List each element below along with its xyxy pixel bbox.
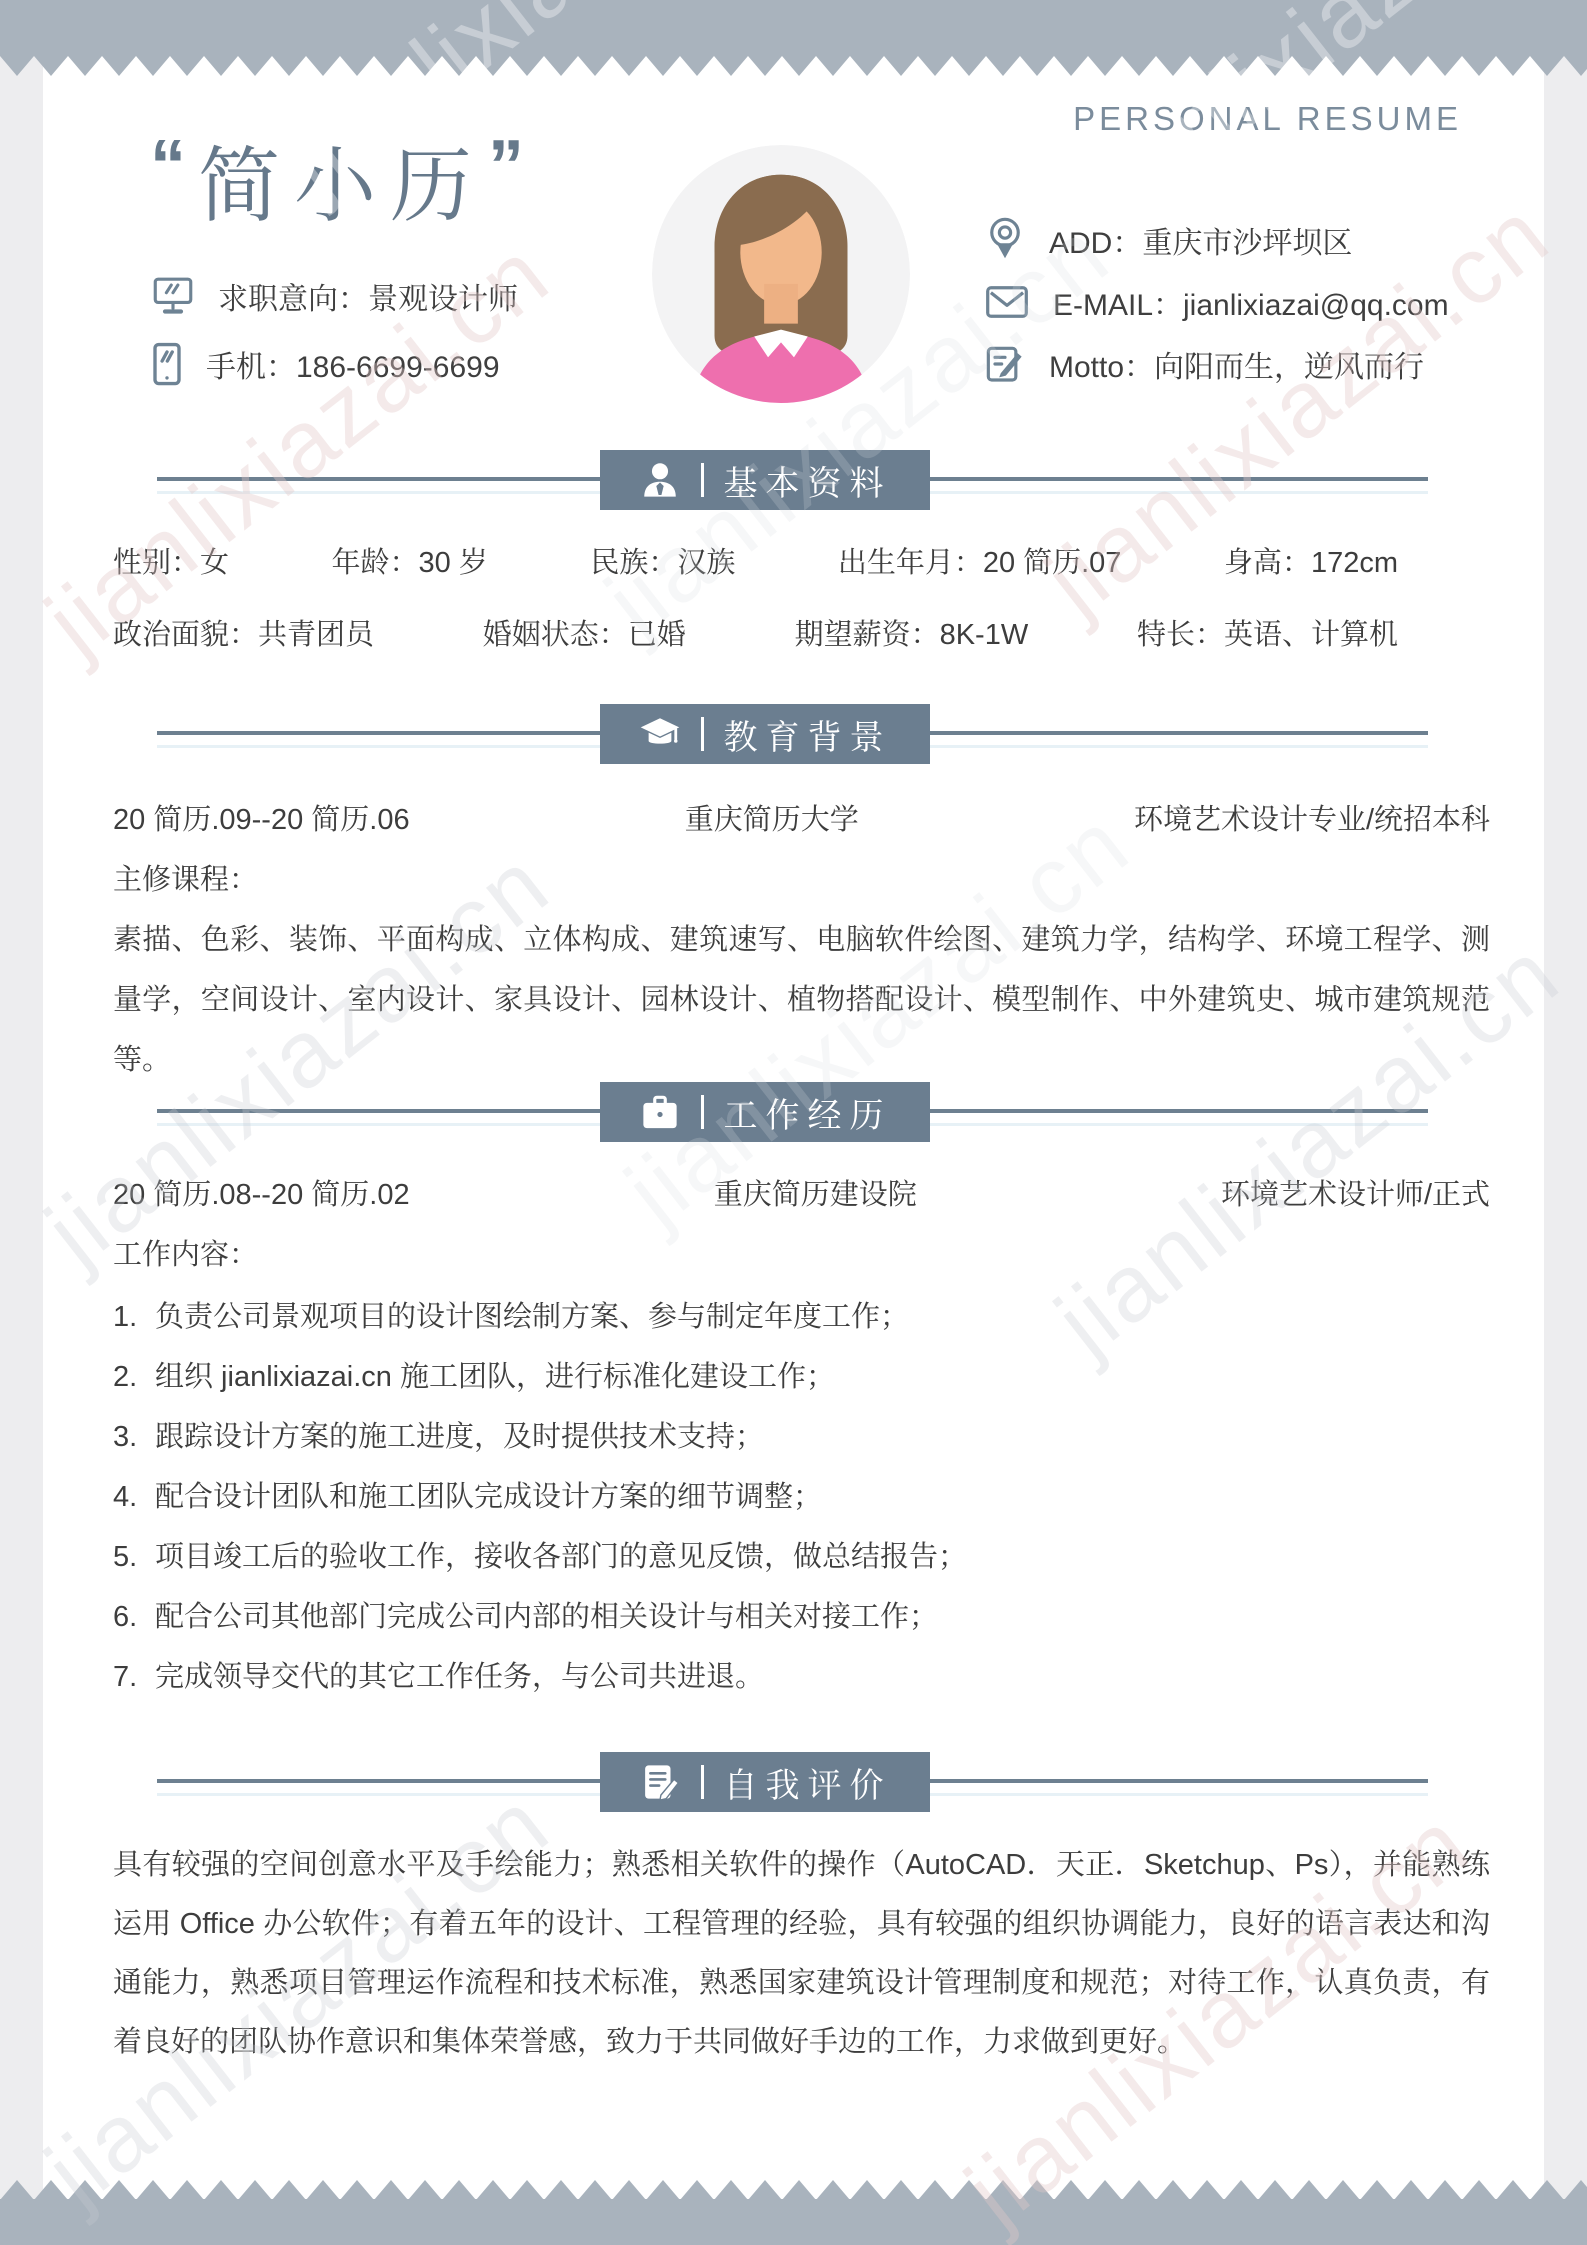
list-item-number: 2. bbox=[113, 1347, 155, 1407]
work-duties-list: 1. 负责公司景观项目的设计图绘制方案、参与制定年度工作； 2. 组织 jian… bbox=[113, 1287, 1490, 1707]
work-period: 20 简历.08--20 简历.02 bbox=[113, 1177, 410, 1213]
briefcase-icon bbox=[639, 1091, 681, 1133]
monitor-icon bbox=[152, 276, 194, 316]
motto-label: Motto：向阳而生，逆风而行 bbox=[1049, 342, 1424, 386]
badge-separator bbox=[701, 1095, 704, 1129]
education-major: 环境艺术设计专业/统招本科 bbox=[1134, 802, 1490, 838]
candidate-name: 简小历 bbox=[198, 142, 486, 232]
page-right-margin bbox=[1544, 0, 1587, 2245]
list-item-number: 6. bbox=[113, 1587, 155, 1647]
list-item-text: 完成领导交代的其它工作任务，与公司共进退。 bbox=[155, 1647, 764, 1707]
list-item-number: 7. bbox=[113, 1647, 155, 1707]
phone-icon bbox=[152, 341, 182, 387]
section-title: 基本资料 bbox=[724, 456, 892, 505]
list-item: 6. 配合公司其他部门完成公司内部的相关设计与相关对接工作； bbox=[113, 1587, 1490, 1647]
field-age: 年龄：30 岁 bbox=[332, 545, 488, 581]
list-item: 4. 配合设计团队和施工团队完成设计方案的细节调整； bbox=[113, 1467, 1490, 1527]
badge-separator bbox=[701, 1765, 704, 1799]
page-title: PERSONAL RESUME bbox=[1073, 100, 1462, 138]
field-gender: 性别：女 bbox=[113, 545, 229, 581]
list-item-number: 1. bbox=[113, 1287, 155, 1347]
badge-separator bbox=[701, 463, 704, 497]
list-item-text: 配合设计团队和施工团队完成设计方案的细节调整； bbox=[155, 1467, 822, 1527]
education-entry-row: 20 简历.09--20 简历.06 重庆简历大学 环境艺术设计专业/统招本科 bbox=[113, 802, 1490, 838]
section-title: 自我评价 bbox=[724, 1758, 892, 1807]
field-political: 政治面貌：共青团员 bbox=[113, 617, 374, 653]
section-header-evaluation: 自我评价 bbox=[600, 1752, 930, 1812]
section-title: 工作经历 bbox=[724, 1088, 892, 1137]
list-item-text: 负责公司景观项目的设计图绘制方案、参与制定年度工作； bbox=[155, 1287, 909, 1347]
basic-info-row-1: 性别：女 年龄：30 岁 民族：汉族 出生年月：20 简历.07 身高：172c… bbox=[113, 545, 1398, 581]
section-header-work: 工作经历 bbox=[600, 1082, 930, 1142]
field-height: 身高：172cm bbox=[1224, 545, 1398, 581]
close-quote: ” bbox=[488, 130, 524, 202]
courses-text: 素描、色彩、装饰、平面构成、立体构成、建筑速写、电脑软件绘图、建筑力学，结构学、… bbox=[113, 910, 1490, 1090]
list-item-text: 组织 jianlixiazai.cn 施工团队，进行标准化建设工作； bbox=[155, 1347, 835, 1407]
work-position: 环境艺术设计师/正式 bbox=[1221, 1177, 1490, 1213]
top-zigzag-edge bbox=[0, 56, 1587, 76]
field-skills: 特长：英语、计算机 bbox=[1137, 617, 1398, 653]
candidate-name-block: “ 简小历 ” bbox=[150, 142, 524, 232]
work-content-label: 工作内容： bbox=[113, 1237, 258, 1273]
field-ethnicity: 民族：汉族 bbox=[590, 545, 735, 581]
list-item: 7. 完成领导交代的其它工作任务，与公司共进退。 bbox=[113, 1647, 1490, 1707]
mail-icon bbox=[985, 284, 1029, 320]
list-item: 3. 跟踪设计方案的施工进度，及时提供技术支持； bbox=[113, 1407, 1490, 1467]
address-label: ADD：重庆市沙坪坝区 bbox=[1049, 218, 1352, 262]
phone-row: 手机：186-6699-6699 bbox=[152, 340, 500, 388]
open-quote: “ bbox=[150, 130, 186, 202]
motto-row: Motto：向阳而生，逆风而行 bbox=[985, 338, 1424, 390]
work-entry-row: 20 简历.08--20 简历.02 重庆简历建设院 环境艺术设计师/正式 bbox=[113, 1177, 1490, 1213]
motto-icon bbox=[985, 342, 1025, 386]
email-row: E-MAIL：jianlixiazai@qq.com bbox=[985, 276, 1449, 328]
education-school: 重庆简历大学 bbox=[685, 802, 859, 838]
self-evaluation-text: 具有较强的空间创意水平及手绘能力；熟悉相关软件的操作（AutoCAD．天正．Sk… bbox=[113, 1836, 1490, 2072]
job-intention-row: 求职意向：景观设计师 bbox=[152, 272, 518, 320]
graduation-cap-icon bbox=[639, 713, 681, 755]
location-icon bbox=[985, 216, 1025, 264]
page-left-margin bbox=[0, 0, 43, 2245]
field-salary: 期望薪资：8K-1W bbox=[795, 617, 1029, 653]
phone-label: 手机：186-6699-6699 bbox=[206, 342, 500, 386]
section-title: 教育背景 bbox=[724, 710, 892, 759]
person-icon bbox=[639, 459, 681, 501]
email-label: E-MAIL：jianlixiazai@qq.com bbox=[1053, 280, 1449, 324]
list-item: 1. 负责公司景观项目的设计图绘制方案、参与制定年度工作； bbox=[113, 1287, 1490, 1347]
document-pen-icon bbox=[639, 1761, 681, 1803]
field-birth: 出生年月：20 简历.07 bbox=[838, 545, 1122, 581]
list-item-number: 3. bbox=[113, 1407, 155, 1467]
courses-label: 主修课程： bbox=[113, 862, 258, 898]
list-item-text: 配合公司其他部门完成公司内部的相关设计与相关对接工作； bbox=[155, 1587, 938, 1647]
list-item-number: 5. bbox=[113, 1527, 155, 1587]
section-header-basic: 基本资料 bbox=[600, 450, 930, 510]
education-period: 20 简历.09--20 简历.06 bbox=[113, 802, 410, 838]
work-company: 重庆简历建设院 bbox=[714, 1177, 917, 1213]
basic-info-row-2: 政治面貌：共青团员 婚姻状态：已婚 期望薪资：8K-1W 特长：英语、计算机 bbox=[113, 617, 1398, 653]
job-intention-label: 求职意向：景观设计师 bbox=[218, 274, 518, 318]
list-item-text: 跟踪设计方案的施工进度，及时提供技术支持； bbox=[155, 1407, 764, 1467]
avatar bbox=[652, 145, 910, 403]
bottom-zigzag-edge bbox=[0, 2180, 1587, 2200]
section-header-education: 教育背景 bbox=[600, 704, 930, 764]
badge-separator bbox=[701, 717, 704, 751]
bottom-decorative-band bbox=[0, 2199, 1587, 2245]
list-item-number: 4. bbox=[113, 1467, 155, 1527]
list-item: 2. 组织 jianlixiazai.cn 施工团队，进行标准化建设工作； bbox=[113, 1347, 1490, 1407]
top-decorative-band bbox=[0, 0, 1587, 56]
field-marital: 婚姻状态：已婚 bbox=[483, 617, 686, 653]
address-row: ADD：重庆市沙坪坝区 bbox=[985, 214, 1352, 266]
list-item-text: 项目竣工后的验收工作，接收各部门的意见反馈，做总结报告； bbox=[155, 1527, 967, 1587]
list-item: 5. 项目竣工后的验收工作，接收各部门的意见反馈，做总结报告； bbox=[113, 1527, 1490, 1587]
